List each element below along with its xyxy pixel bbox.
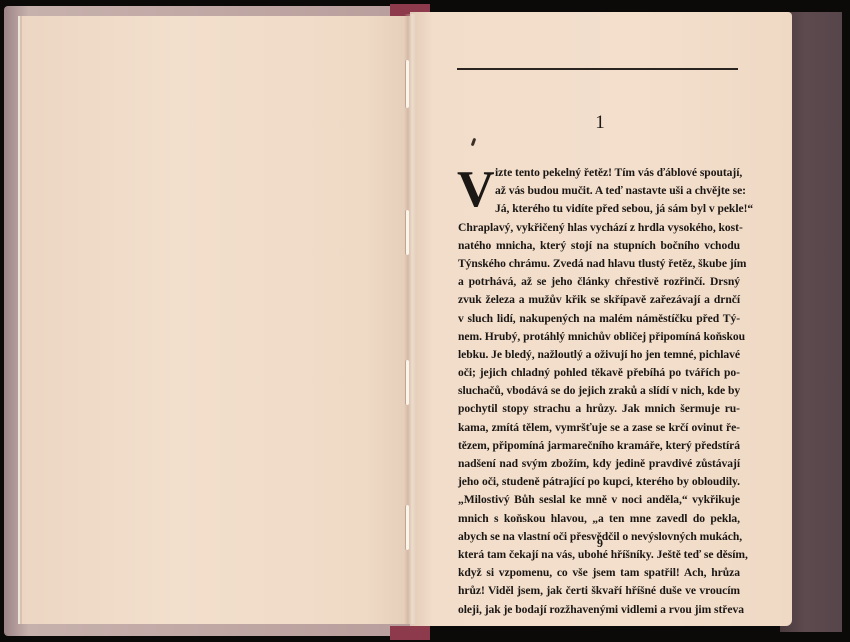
text-line: sluchačů, vbodává se do jejich zraků a s… (458, 382, 740, 400)
text-line: mnich s koňskou hlavou, „a ten mne zaved… (458, 510, 740, 528)
page-number: 9 (580, 536, 620, 551)
text-line: kama, zmítá tělem, vymršťuje se a zase s… (458, 419, 740, 437)
text-line: když si vzpomenu, co vše jsem tam spatři… (458, 564, 740, 582)
text-line: zvuk železa a mužův křik se skřípavě zař… (458, 291, 740, 309)
text-line: Týnského chrámu. Zvedá nad hlavu tlustý … (458, 255, 740, 273)
text-line: jeho oči, studeně pátrající po kupci, kt… (458, 473, 740, 491)
text-line: až vás budou mučit. A teď nastavte uši a… (458, 182, 740, 200)
binding-stitch (405, 360, 409, 405)
text-line: natého mnicha, který stojí na stupních b… (458, 237, 740, 255)
text-line: Já, kterého tu vidíte před sebou, já sám… (458, 200, 740, 218)
text-line: Chraplavý, vykřičený hlas vychází z hrdl… (458, 219, 740, 237)
binding-stitch (405, 505, 409, 550)
text-line: hrůz! Viděl jsem, jak čerti škvaří hříšn… (458, 582, 740, 600)
text-line: „Milostivý Bůh seslal ke mně v noci andě… (458, 491, 740, 509)
text-line: oleji, jak je bodají rozžhavenými vidlem… (458, 601, 740, 619)
left-page-blank (20, 16, 412, 624)
text-line: nem. Hrubý, protáhlý mnichův obličej při… (458, 328, 740, 346)
text-line: lebku. Je bledý, nažloutlý a oživují ho … (458, 346, 740, 364)
text-line: tězem, připomíná jarmarečního kramáře, k… (458, 437, 740, 455)
text-line: oči; jejich chladný pohled těkavě přebíh… (458, 364, 740, 382)
binding-stitch (405, 60, 409, 108)
text-line: a potrhává, až se jeho články chřestivě … (458, 273, 740, 291)
chapter-number: 1 (560, 112, 640, 134)
text-line: v sluch lidí, nakupených na malém náměst… (458, 310, 740, 328)
text-line: izte tento pekelný řetěz! Tím vás ďáblov… (458, 164, 740, 182)
text-line: nadšení nad svým zbožím, kdy jedině prav… (458, 455, 740, 473)
spine-tailband (390, 626, 430, 640)
text-line: pochytil stopy strachu a hrůzy. Jak mnic… (458, 400, 740, 418)
chapter-top-rule (457, 68, 738, 70)
binding-stitch (405, 210, 409, 255)
